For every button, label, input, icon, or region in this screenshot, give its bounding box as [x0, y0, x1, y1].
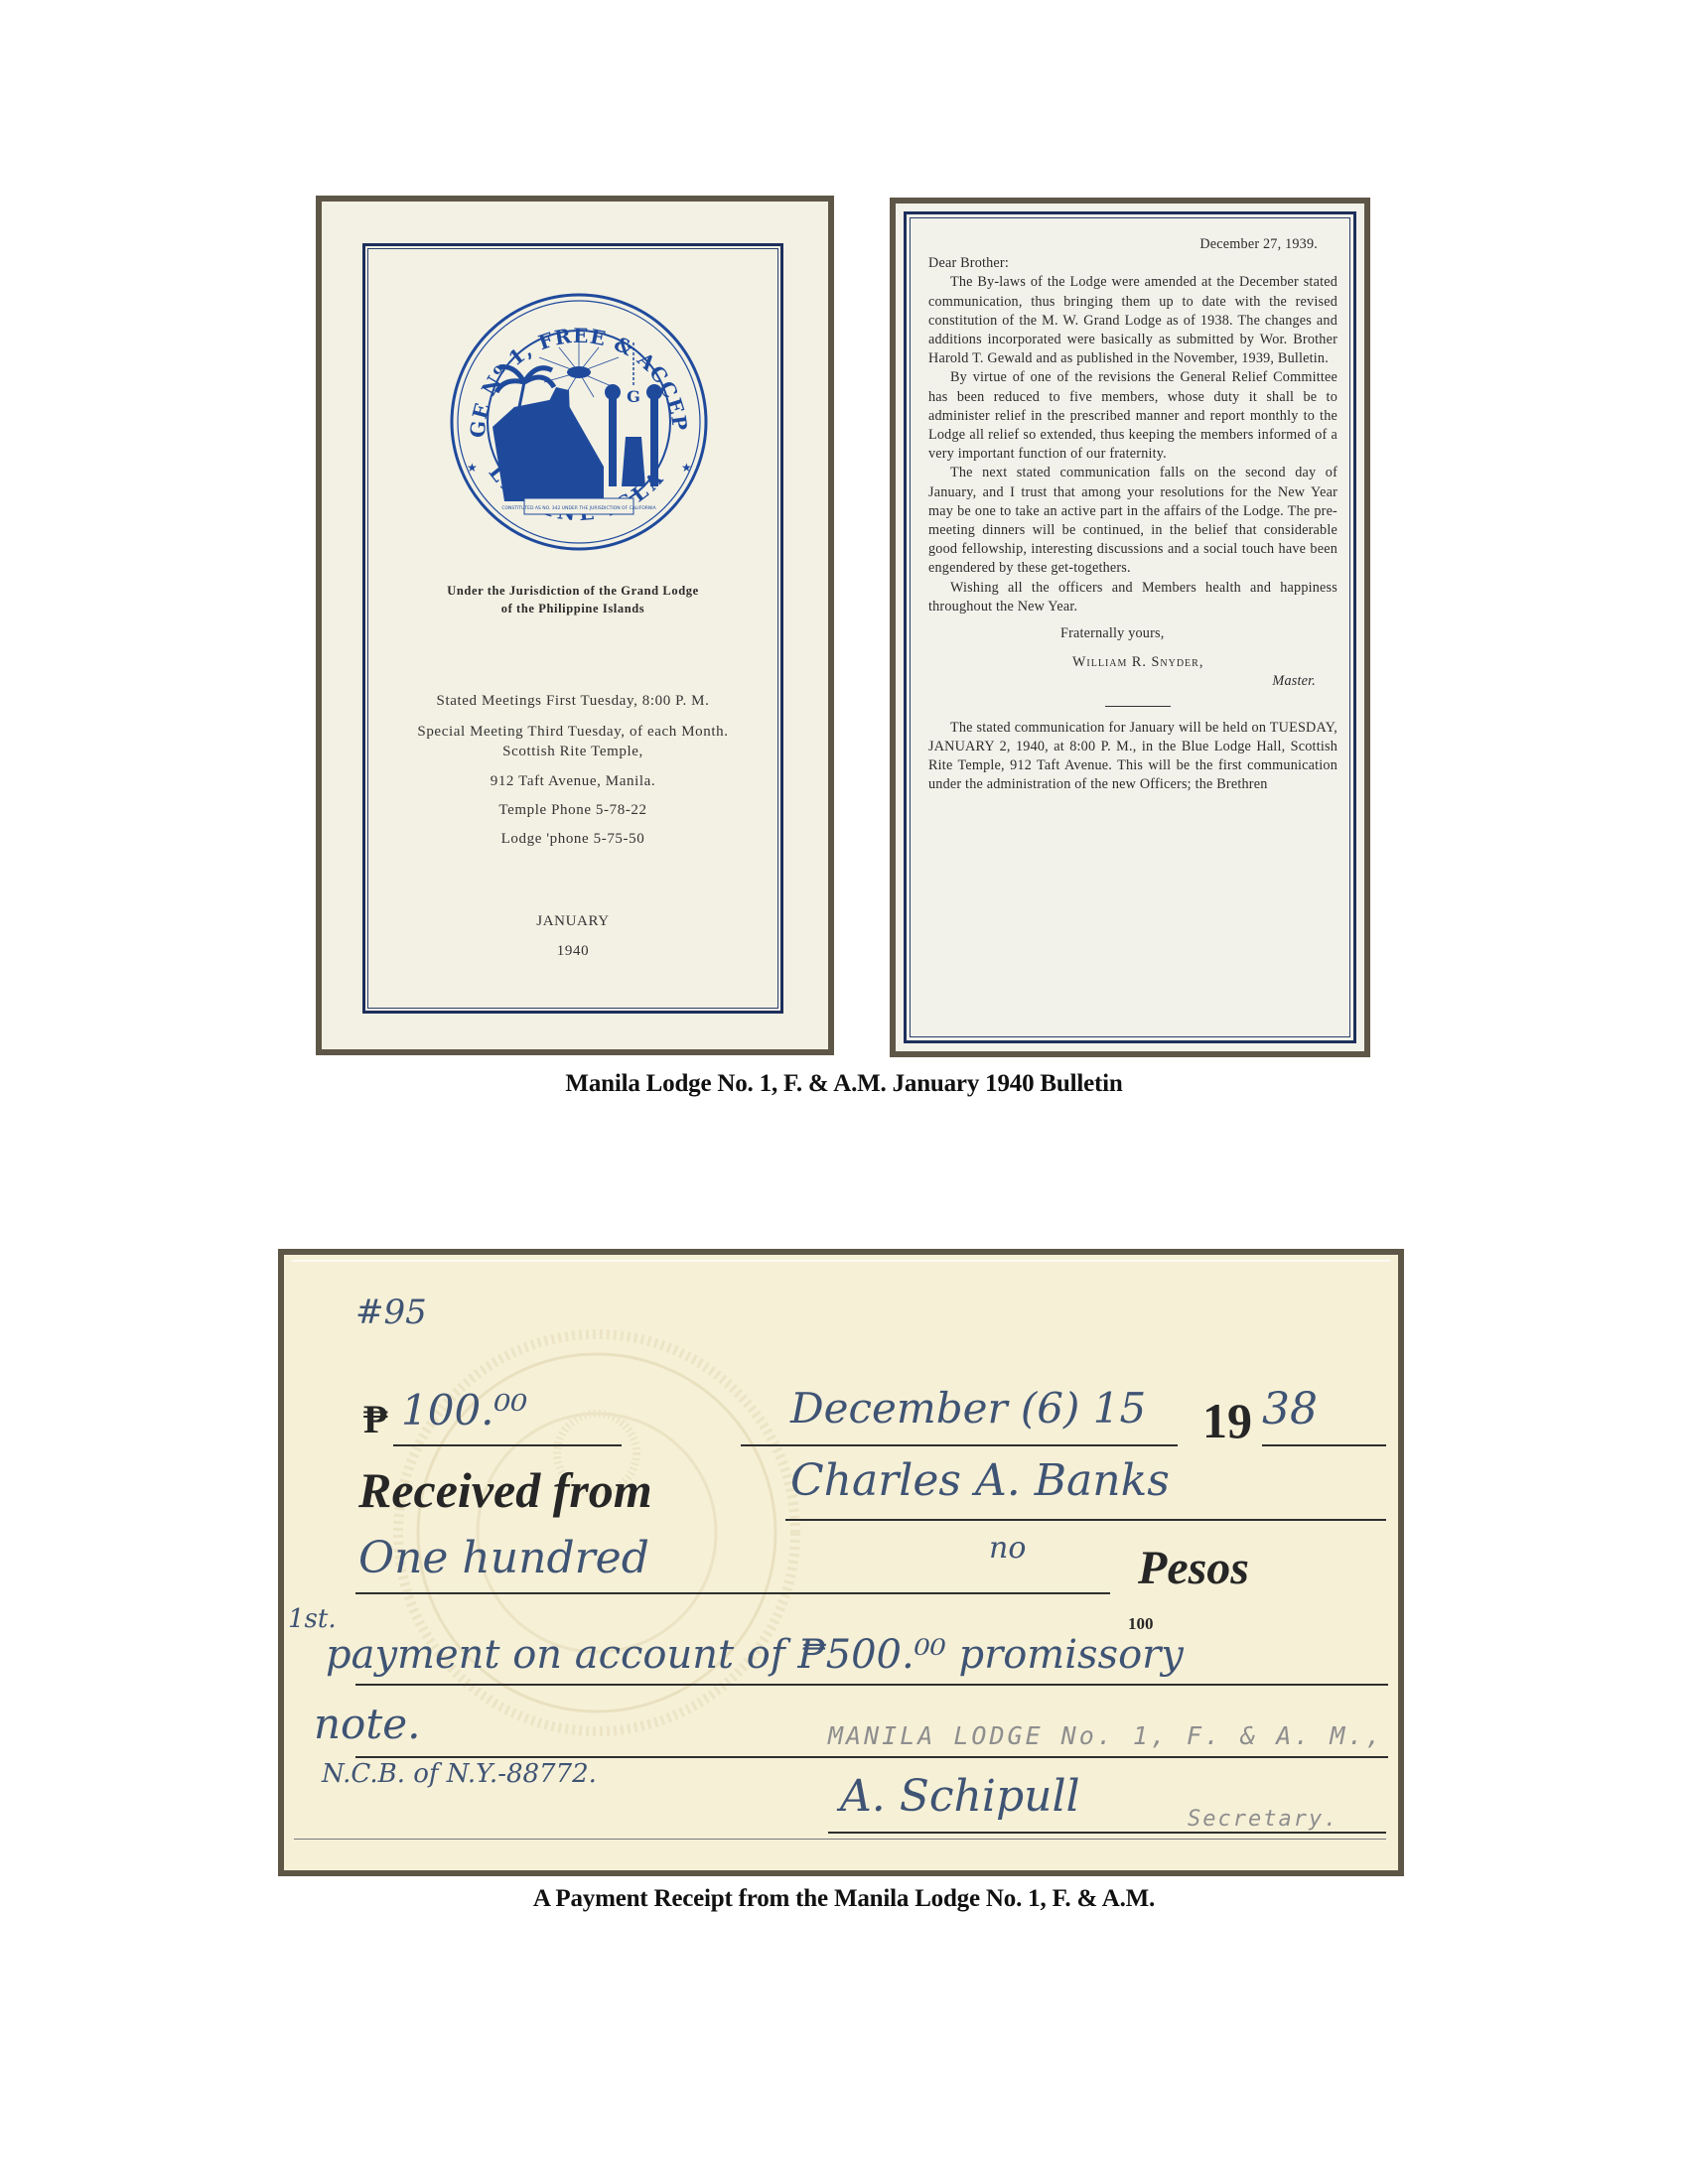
receipt-number: #95 — [355, 1293, 427, 1332]
lodge-stamp: MANILA LODGE No. 1, F. & A. M., — [828, 1721, 1384, 1750]
svg-text:G: G — [627, 387, 640, 406]
signer-name: William R. Snyder, — [928, 653, 1337, 672]
received-from-label: Received from — [358, 1461, 652, 1519]
memo-prefix: 1st. — [288, 1604, 337, 1634]
peso-sign: ₱ — [363, 1396, 387, 1442]
letter-paragraph: The next stated communication falls on t… — [928, 464, 1337, 578]
pesos-label: Pesos — [1138, 1541, 1249, 1595]
payer-name: Charles A. Banks — [790, 1455, 1170, 1506]
bulletin-cover: MANILA LODGE Nº 1, FREE & ACCEPTED MASON… — [316, 196, 834, 1055]
amount-figure: 100.⁰⁰ — [401, 1386, 527, 1434]
temple-address: 912 Taft Avenue, Manila. — [365, 773, 780, 790]
secretary-signature: A. Schipull — [840, 1771, 1080, 1822]
receipt-date: December (6) 15 — [790, 1384, 1146, 1433]
year-printed: 19 — [1202, 1392, 1252, 1449]
letter-date: December 27, 1939. — [928, 235, 1337, 254]
memo-line-1: payment on account of ₱500.⁰⁰ promissory — [326, 1632, 1184, 1678]
cents-denominator: 100 — [1128, 1614, 1154, 1634]
lodge-seal-icon: MANILA LODGE Nº 1, FREE & ACCEPTED MASON… — [445, 288, 713, 556]
letter-paragraph: The By-laws of the Lodge were amended at… — [928, 273, 1337, 368]
letter-paragraph: Wishing all the officers and Members hea… — [928, 579, 1337, 616]
divider — [1105, 706, 1171, 707]
lodge-phone: Lodge 'phone 5-75-50 — [365, 831, 780, 848]
jurisdiction-line-1: Under the Jurisdiction of the Grand Lodg… — [365, 584, 780, 599]
memo-line-3: N.C.B. of N.Y.-88772. — [322, 1759, 597, 1789]
salutation: Dear Brother: — [928, 254, 1337, 273]
issue-year: 1940 — [365, 943, 780, 960]
bulletin-caption: Manila Lodge No. 1, F. & A.M. January 19… — [0, 1070, 1688, 1098]
signer-title: Master. — [928, 672, 1337, 691]
letter-body: December 27, 1939. Dear Brother: The By-… — [928, 235, 1337, 794]
secretary-title: Secretary. — [1188, 1807, 1338, 1832]
memo-line-2: note. — [314, 1700, 420, 1748]
issue-month: JANUARY — [365, 913, 780, 930]
temple-phone: Temple Phone 5-78-22 — [365, 802, 780, 819]
cents-words: no — [989, 1531, 1026, 1566]
special-meeting: Special Meeting Third Tuesday, of each M… — [365, 724, 780, 741]
stated-meetings: Stated Meetings First Tuesday, 8:00 P. M… — [365, 693, 780, 710]
svg-text:CONSTITUTED AS NO. 342 UNDER T: CONSTITUTED AS NO. 342 UNDER THE JURISDI… — [501, 505, 656, 511]
year-handwritten: 38 — [1262, 1384, 1318, 1434]
payment-receipt: #95 ₱ 100.⁰⁰ December (6) 15 19 38 Recei… — [278, 1249, 1404, 1876]
meeting-notice: The stated communication for January wil… — [928, 719, 1337, 795]
letter-paragraph: By virtue of one of the revisions the Ge… — [928, 368, 1337, 464]
bulletin-letter-page: December 27, 1939. Dear Brother: The By-… — [890, 198, 1370, 1057]
temple-name: Scottish Rite Temple, — [365, 744, 780, 760]
closing: Fraternally yours, — [928, 624, 1337, 643]
receipt-caption: A Payment Receipt from the Manila Lodge … — [0, 1885, 1688, 1913]
svg-text:★: ★ — [681, 461, 692, 475]
jurisdiction-line-2: of the Philippine Islands — [365, 602, 780, 616]
cover-border: MANILA LODGE Nº 1, FREE & ACCEPTED MASON… — [362, 243, 783, 1014]
svg-text:★: ★ — [467, 461, 478, 475]
amount-in-words: One hundred — [358, 1533, 649, 1583]
